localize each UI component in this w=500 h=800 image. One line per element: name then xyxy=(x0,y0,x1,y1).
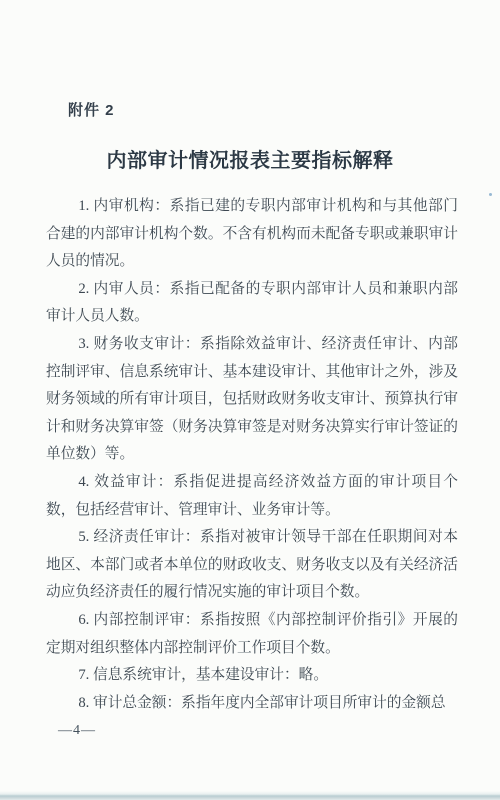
paragraph-7-information-system-audit: 7. 信息系统审计，基本建设审计：略。 xyxy=(46,662,458,690)
document-body: 1. 内审机构：系指已建的专职内部审计机构和与其他部门合建的内部审计机构个数。不… xyxy=(46,193,458,717)
paragraph-4-benefit-audit: 4. 效益审计：系指促进提高经济效益方面的审计项目个数，包括经营审计、管理审计、… xyxy=(46,469,458,524)
paragraph-8-total-audit-amount: 8. 审计总金额：系指年度内全部审计项目所审计的金额总 xyxy=(46,690,458,718)
paragraph-2-internal-audit-staff: 2. 内审人员：系指已配备的专职内部审计人员和兼职内部审计人员人数。 xyxy=(46,276,458,331)
paragraph-6-internal-control-review: 6. 内部控制评审：系指按照《内部控制评价指引》开展的定期对组织整体内部控制评价… xyxy=(46,607,458,662)
paragraph-5-economic-responsibility-audit: 5. 经济责任审计：系指对被审计领导干部在任职期间对本地区、本部门或者本单位的财… xyxy=(46,524,458,607)
scan-speck-artifact xyxy=(489,193,492,196)
page-number: —4— xyxy=(58,723,96,739)
page-title: 内部审计情况报表主要指标解释 xyxy=(0,144,500,173)
paragraph-1-internal-audit-bodies: 1. 内审机构：系指已建的专职内部审计机构和与其他部门合建的内部审计机构个数。不… xyxy=(46,193,458,276)
paragraph-3-financial-revenue-expenditure-audit: 3. 财务收支审计：系指除效益审计、经济责任审计、内部控制评审、信息系统审计、基… xyxy=(46,331,458,469)
attachment-label: 附件 2 xyxy=(68,99,115,120)
document-page: 附件 2 内部审计情况报表主要指标解释 1. 内审机构：系指已建的专职内部审计机… xyxy=(0,0,500,800)
scan-edge xyxy=(0,791,500,800)
